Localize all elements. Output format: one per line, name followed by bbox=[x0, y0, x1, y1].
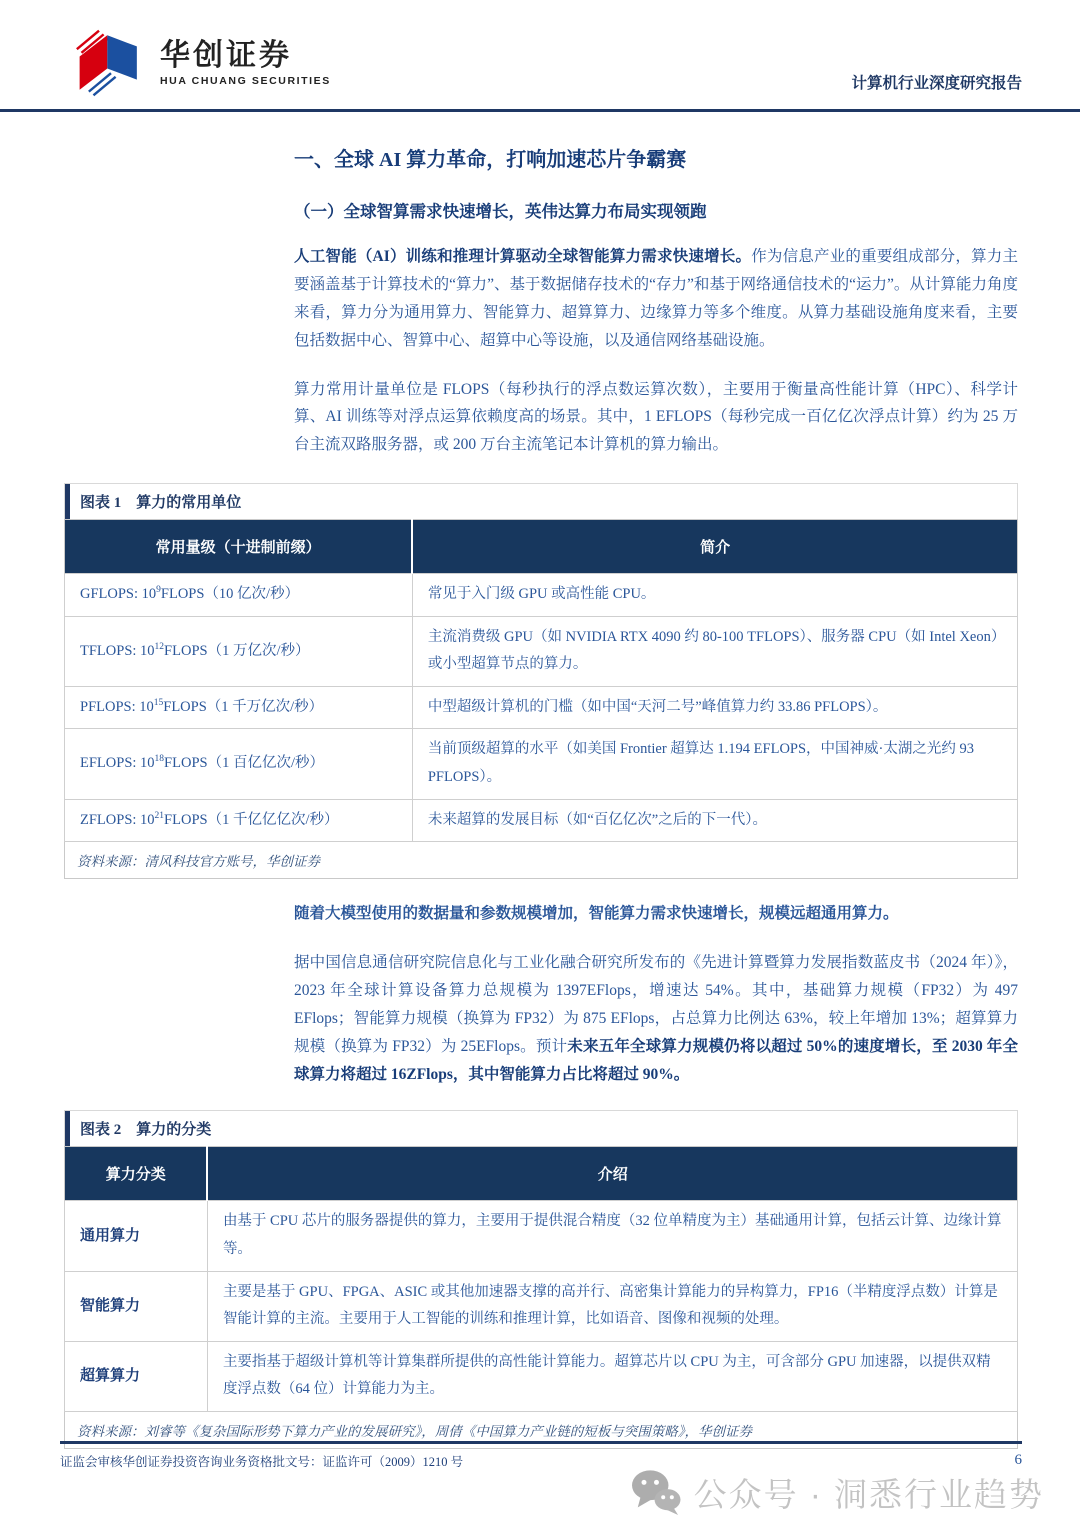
figure-1-table: 常用量级（十进制前缀） 简介 GFLOPS: 109FLOPS（10 亿次/秒）… bbox=[64, 519, 1018, 842]
watermark-text: 公众号 · 洞悉行业趋势 bbox=[694, 1469, 1044, 1516]
figure-1-flops-units: 图表 1 算力的常用单位 常用量级（十进制前缀） 简介 GFLOPS: 109F… bbox=[64, 483, 1018, 879]
paragraph-1: 人工智能（AI）训练和推理计算驱动全球智能算力需求快速增长。作为信息产业的重要组… bbox=[294, 243, 1018, 355]
column-header-intro: 简介 bbox=[412, 520, 1017, 574]
table-row: 超算算力 主要指基于超级计算机等计算集群所提供的高性能计算能力。超算芯片以 CP… bbox=[65, 1341, 1018, 1411]
company-logo: 华创证券 HUA CHUANG SECURITIES bbox=[74, 27, 331, 99]
page-header: 华创证券 HUA CHUANG SECURITIES 计算机行业深度研究报告 bbox=[0, 0, 1080, 112]
license-text: 证监会审核华创证券投资咨询业务资格批文号：证监许可（2009）1210 号 bbox=[60, 1452, 463, 1470]
desc-cell: 未来超算的发展目标（如“百亿亿次”之后的下一代）。 bbox=[412, 799, 1017, 842]
logo-name-en: HUA CHUANG SECURITIES bbox=[160, 75, 331, 87]
logo-cube-icon bbox=[74, 27, 148, 99]
table-row: ZFLOPS: 1021FLOPS（1 千亿亿亿次/秒） 未来超算的发展目标（如… bbox=[65, 799, 1018, 842]
table-header-row: 常用量级（十进制前缀） 简介 bbox=[65, 520, 1018, 574]
figure-2-table: 算力分类 介绍 通用算力 由基于 CPU 芯片的服务器提供的算力，主要用于提供混… bbox=[64, 1146, 1018, 1411]
unit-cell: TFLOPS: 1012FLOPS（1 万亿次/秒） bbox=[65, 616, 413, 686]
wechat-watermark: 公众号 · 洞悉行业趋势 bbox=[630, 1468, 1044, 1516]
paragraph-2: 算力常用计量单位是 FLOPS（每秒执行的浮点数运算次数），主要用于衡量高性能计… bbox=[294, 376, 1018, 460]
logo-name-cn: 华创证券 bbox=[160, 39, 331, 72]
page-footer: 证监会审核华创证券投资咨询业务资格批文号：证监许可（2009）1210 号 6 bbox=[60, 1441, 1022, 1470]
type-cell: 通用算力 bbox=[65, 1201, 208, 1271]
desc-cell: 主流消费级 GPU（如 NVIDIA RTX 4090 约 80-100 TFL… bbox=[412, 616, 1017, 686]
type-cell: 智能算力 bbox=[65, 1271, 208, 1341]
unit-cell: EFLOPS: 1018FLOPS（1 百亿亿次/秒） bbox=[65, 729, 413, 799]
table-row: TFLOPS: 1012FLOPS（1 万亿次/秒） 主流消费级 GPU（如 N… bbox=[65, 616, 1018, 686]
table-row: GFLOPS: 109FLOPS（10 亿次/秒） 常见于入门级 GPU 或高性… bbox=[65, 574, 1018, 617]
subsection-title: （一）全球智算需求快速增长，英伟达算力布局实现领跑 bbox=[294, 198, 1018, 222]
logo-text: 华创证券 HUA CHUANG SECURITIES bbox=[160, 39, 331, 87]
unit-cell: GFLOPS: 109FLOPS（10 亿次/秒） bbox=[65, 574, 413, 617]
table-row: EFLOPS: 1018FLOPS（1 百亿亿次/秒） 当前顶级超算的水平（如美… bbox=[65, 729, 1018, 799]
desc-cell: 主要指基于超级计算机等计算集群所提供的高性能计算能力。超算芯片以 CPU 为主，… bbox=[207, 1341, 1017, 1411]
figure-1-source: 资料来源：清风科技官方账号，华创证券 bbox=[64, 842, 1018, 879]
desc-cell: 由基于 CPU 芯片的服务器提供的算力，主要用于提供混合精度（32 位单精度为主… bbox=[207, 1201, 1017, 1271]
desc-cell: 主要是基于 GPU、FPGA、ASIC 或其他加速器支撑的高并行、高密集计算能力… bbox=[207, 1271, 1017, 1341]
figure-2-caption-text: 图表 2 算力的分类 bbox=[70, 1118, 211, 1139]
paragraph-3: 随着大模型使用的数据量和参数规模增加，智能算力需求快速增长，规模远超通用算力。 bbox=[294, 900, 1018, 928]
wechat-icon bbox=[630, 1468, 682, 1516]
section-title: 一、全球 AI 算力革命，打响加速芯片争霸赛 bbox=[294, 143, 1018, 172]
paragraph-4: 据中国信息通信研究院信息化与工业化融合研究所发布的《先进计算暨算力发展指数蓝皮书… bbox=[294, 949, 1018, 1088]
column-header-magnitude: 常用量级（十进制前缀） bbox=[65, 520, 413, 574]
table-row: 通用算力 由基于 CPU 芯片的服务器提供的算力，主要用于提供混合精度（32 位… bbox=[65, 1201, 1018, 1271]
table-header-row: 算力分类 介绍 bbox=[65, 1147, 1018, 1201]
figure-2-computing-power-types: 图表 2 算力的分类 算力分类 介绍 通用算力 由基于 CPU 芯片的服务器提供… bbox=[64, 1110, 1018, 1448]
desc-cell: 当前顶级超算的水平（如美国 Frontier 超算达 1.194 EFLOPS，… bbox=[412, 729, 1017, 799]
page-number: 6 bbox=[1015, 1452, 1023, 1469]
column-header-desc: 介绍 bbox=[207, 1147, 1017, 1201]
report-type-label: 计算机行业深度研究报告 bbox=[851, 71, 1022, 99]
unit-cell: PFLOPS: 1015FLOPS（1 千万亿次/秒） bbox=[65, 686, 413, 729]
type-cell: 超算算力 bbox=[65, 1341, 208, 1411]
column-header-type: 算力分类 bbox=[65, 1147, 208, 1201]
figure-2-caption: 图表 2 算力的分类 bbox=[64, 1110, 1018, 1146]
paragraph-1-lead: 人工智能（AI）训练和推理计算驱动全球智能算力需求快速增长。 bbox=[294, 248, 751, 265]
desc-cell: 常见于入门级 GPU 或高性能 CPU。 bbox=[412, 574, 1017, 617]
table-row: PFLOPS: 1015FLOPS（1 千万亿次/秒） 中型超级计算机的门槛（如… bbox=[65, 686, 1018, 729]
figure-1-caption-text: 图表 1 算力的常用单位 bbox=[70, 491, 241, 512]
figure-1-caption: 图表 1 算力的常用单位 bbox=[64, 483, 1018, 519]
unit-cell: ZFLOPS: 1021FLOPS（1 千亿亿亿次/秒） bbox=[65, 799, 413, 842]
desc-cell: 中型超级计算机的门槛（如中国“天河二号”峰值算力约 33.86 PFLOPS）。 bbox=[412, 686, 1017, 729]
report-body: 一、全球 AI 算力革命，打响加速芯片争霸赛 （一）全球智算需求快速增长，英伟达… bbox=[64, 115, 1018, 1449]
report-page: 华创证券 HUA CHUANG SECURITIES 计算机行业深度研究报告 一… bbox=[0, 0, 1080, 1528]
table-row: 智能算力 主要是基于 GPU、FPGA、ASIC 或其他加速器支撑的高并行、高密… bbox=[65, 1271, 1018, 1341]
